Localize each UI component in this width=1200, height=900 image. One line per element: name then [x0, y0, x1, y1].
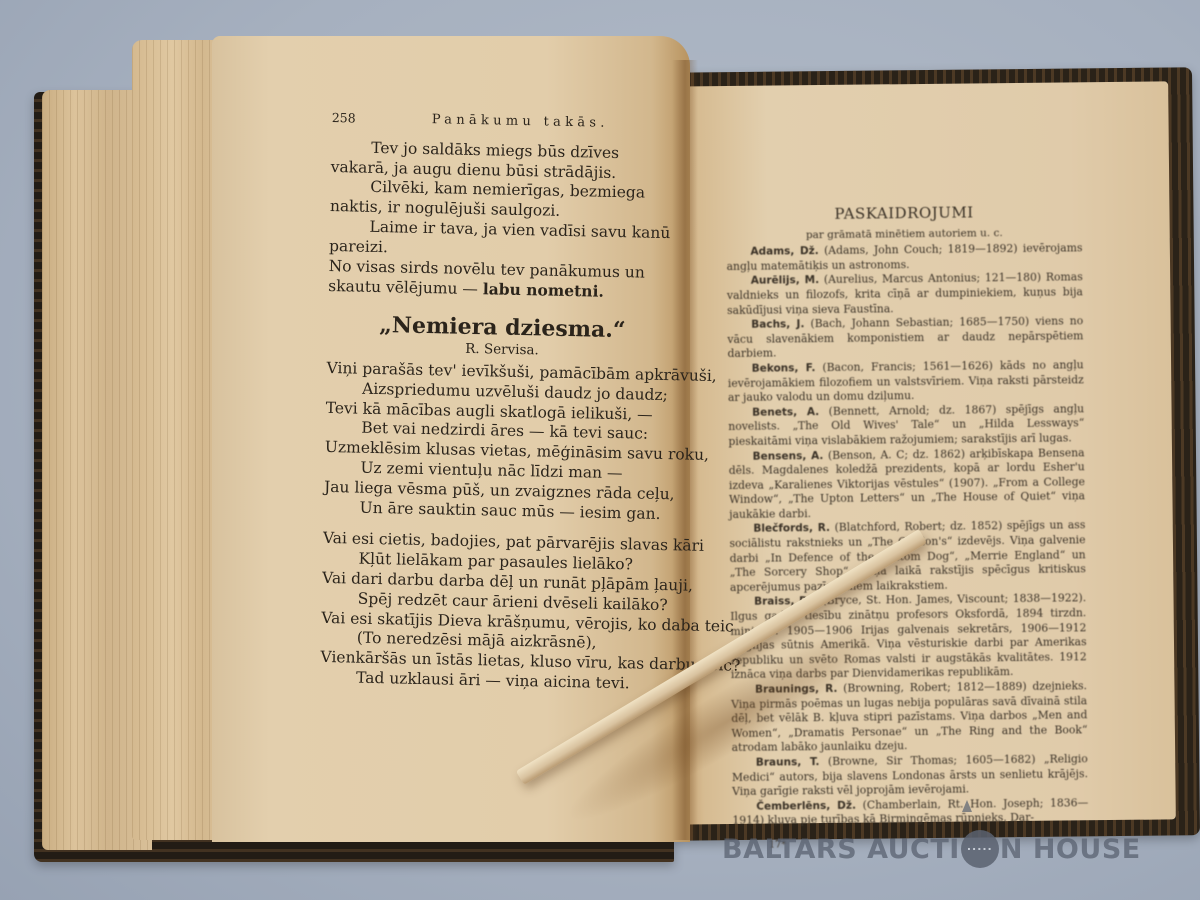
- glossary-entry: Benets, A. (Bennett, Arnold; dz. 1867) s…: [728, 402, 1084, 450]
- right-page-text: PASKAIDROJUMI par grāmatā minētiem autor…: [726, 204, 1089, 853]
- watermark-triangle-icon: [962, 800, 972, 812]
- poem-stanza-2: Vai esi cietis, badojies, pat pārvarējis…: [320, 529, 673, 695]
- watermark: BALTARS AUCTI N HOUSE: [722, 830, 1141, 868]
- glossary-entry: Brauns, T. (Browne, Sir Thomas; 1605—168…: [732, 752, 1088, 800]
- section-title: PASKAIDROJUMI: [726, 204, 1082, 222]
- glossary-entry: Bekons, F. (Bacon, Francis; 1561—1626) k…: [728, 358, 1084, 406]
- prose-paragraph: No visas sirds novēlu tev panākumus un s…: [328, 257, 679, 305]
- glossary-entry: Adams, Dž. (Adams, John Couch; 1819—1892…: [726, 241, 1082, 274]
- glossary-entry: Bachs, J. (Bach, Johann Sebastian; 1685—…: [727, 314, 1083, 362]
- glossary-entry: Blečfords, R. (Blatchford, Robert; dz. 1…: [729, 519, 1086, 596]
- glossary-entry: Aurēlijs, M. (Aurelius, Marcus Antonius;…: [727, 271, 1083, 319]
- page-number: 258: [332, 108, 432, 130]
- watermark-logo-icon: [961, 830, 999, 868]
- running-head: Panākumu takās.: [432, 110, 609, 134]
- glossary-entry: Čemberlēns, Dž. (Chamberlain, Rt. Hon. J…: [732, 796, 1088, 829]
- bold-closing: labu nometni.: [483, 280, 604, 302]
- glossary-entry: Bensens, A. (Benson, A. C; dz. 1862) arķ…: [729, 446, 1086, 523]
- left-page-text: 258 Panākumu takās. Tev jo saldāks miegs…: [320, 108, 682, 695]
- poem-stanza-1: Viņi parašās tev' ievīkšuši, pamācībām a…: [323, 359, 676, 525]
- section-subtitle: par grāmatā minētiem autoriem u. c.: [726, 225, 1082, 243]
